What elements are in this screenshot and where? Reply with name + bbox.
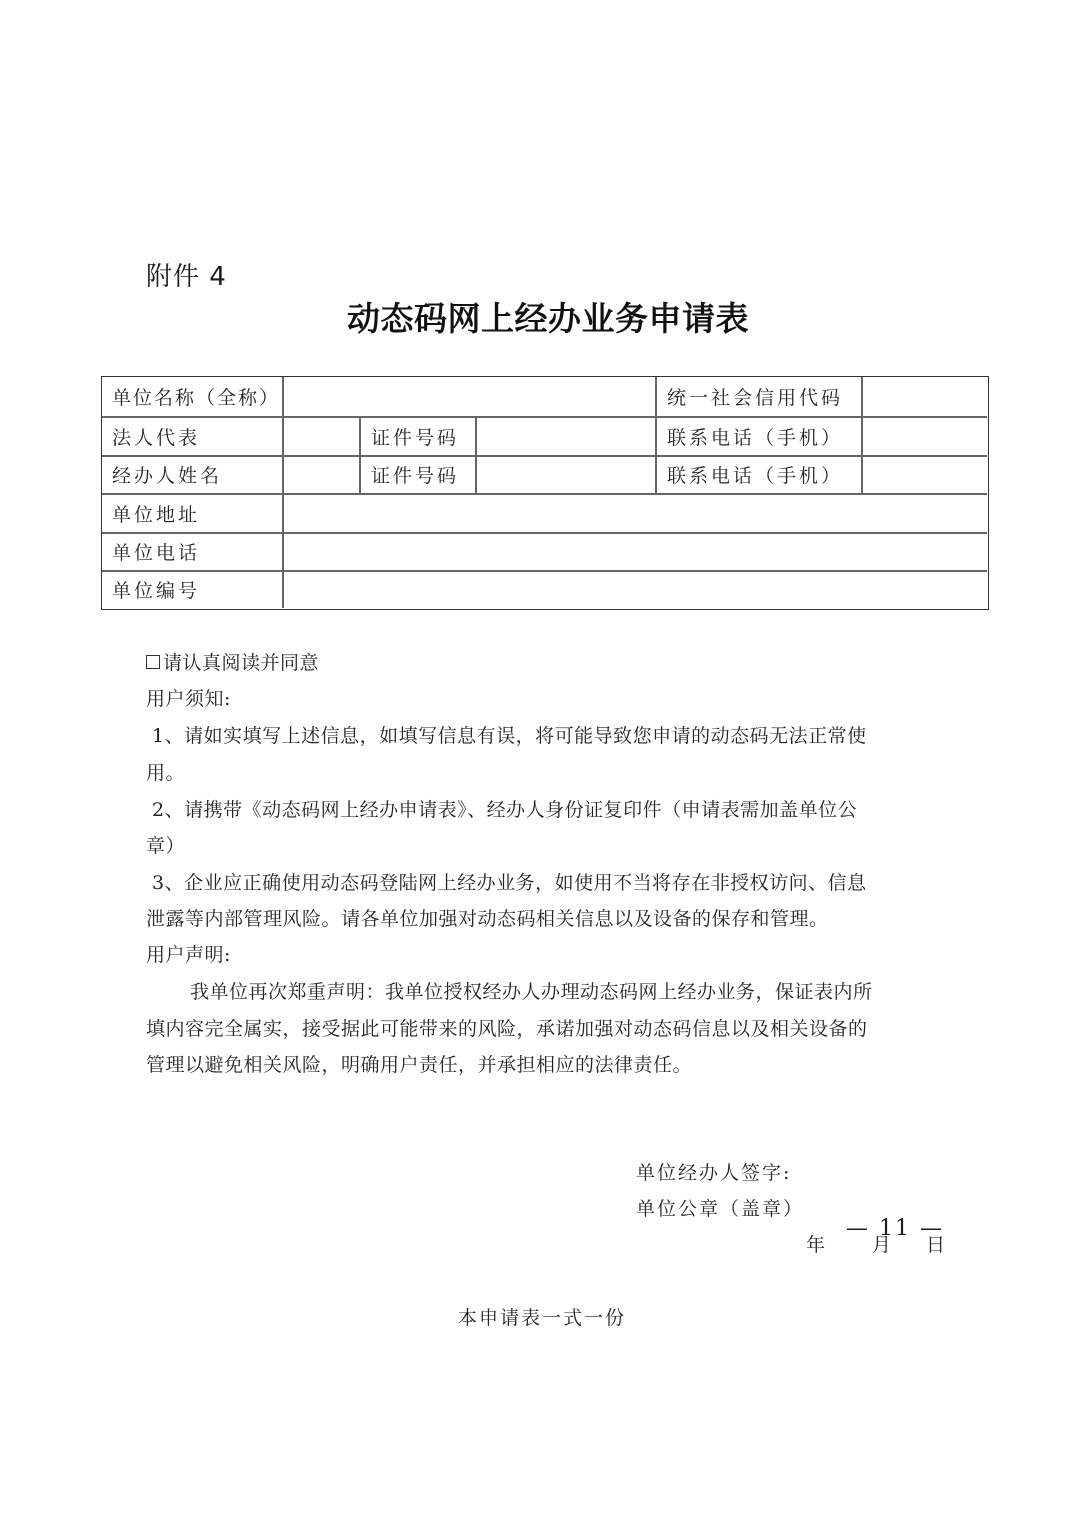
label-unit-name: 单位名称（全称） <box>102 377 282 416</box>
input-legal-rep-phone[interactable] <box>863 417 987 455</box>
declaration-heading: 用户声明: <box>146 940 231 967</box>
notice-heading: 用户须知: <box>146 684 231 711</box>
declaration-line-3: 管理以避免相关风险，明确用户责任，并承担相应的法律责任。 <box>146 1050 692 1077</box>
label-legal-representative: 法人代表 <box>102 417 282 455</box>
agreement-checkbox-row[interactable]: 请认真阅读并同意 <box>146 648 319 675</box>
attachment-label: 附件 4 <box>146 256 227 293</box>
input-agent-name[interactable] <box>284 456 359 493</box>
label-agent-name: 经办人姓名 <box>102 456 282 493</box>
label-legal-rep-id-number: 证件号码 <box>361 417 475 455</box>
label-legal-rep-phone: 联系电话（手机） <box>657 417 861 455</box>
agent-signature-label: 单位经办人签字: <box>636 1158 791 1185</box>
agreement-checkbox-label: 请认真阅读并同意 <box>163 648 319 675</box>
label-unit-number: 单位编号 <box>102 571 282 608</box>
input-unit-number[interactable] <box>284 571 987 608</box>
page-number: — 11 — <box>846 1216 944 1241</box>
input-legal-rep-id-number[interactable] <box>477 417 655 455</box>
notice-item-3-line-1: 3、企业应正确使用动态码登陆网上经办业务，如使用不当将存在非授权访问、信息 <box>152 868 867 895</box>
label-unit-phone: 单位电话 <box>102 533 282 570</box>
label-unit-address: 单位地址 <box>102 494 282 532</box>
input-legal-representative[interactable] <box>284 417 359 455</box>
notice-item-2-line-2: 章） <box>146 831 185 858</box>
input-unit-address[interactable] <box>284 494 987 532</box>
notice-item-2-line-1: 2、请携带《动态码网上经办申请表》、经办人身份证复印件（申请表需加盖单位公 <box>152 795 857 822</box>
copies-note: 本申请表一式一份 <box>458 1303 626 1330</box>
label-agent-phone: 联系电话（手机） <box>657 456 861 493</box>
declaration-line-2: 填内容完全属实，接受据此可能带来的风险，承诺加强对动态码信息以及相关设备的 <box>146 1014 868 1041</box>
document-title: 动态码网上经办业务申请表 <box>347 293 749 340</box>
input-agent-id-number[interactable] <box>477 456 655 493</box>
notice-item-3-line-2: 泄露等内部管理风险。请各单位加强对动态码相关信息以及设备的保存和管理。 <box>146 904 829 931</box>
input-credit-code[interactable] <box>863 377 987 416</box>
unit-seal-label: 单位公章（盖章） <box>636 1194 804 1221</box>
input-agent-phone[interactable] <box>863 456 987 493</box>
label-credit-code: 统一社会信用代码 <box>657 377 861 416</box>
input-unit-phone[interactable] <box>284 533 987 570</box>
application-form-table: 单位名称（全称） 统一社会信用代码 法人代表 证件号码 联系电话（手机） 经办人… <box>101 376 989 610</box>
agreement-checkbox[interactable] <box>146 655 160 669</box>
label-agent-id-number: 证件号码 <box>361 456 475 493</box>
notice-item-1-line-1: 1、请如实填写上述信息，如填写信息有误，将可能导致您申请的动态码无法正常使 <box>152 721 867 748</box>
input-unit-name[interactable] <box>284 377 655 416</box>
notice-item-1-line-2: 用。 <box>146 758 185 785</box>
declaration-line-1: 我单位再次郑重声明：我单位授权经办人办理动态码网上经办业务，保证表内所 <box>190 977 873 1004</box>
date-year-label: 年 <box>806 1230 826 1257</box>
